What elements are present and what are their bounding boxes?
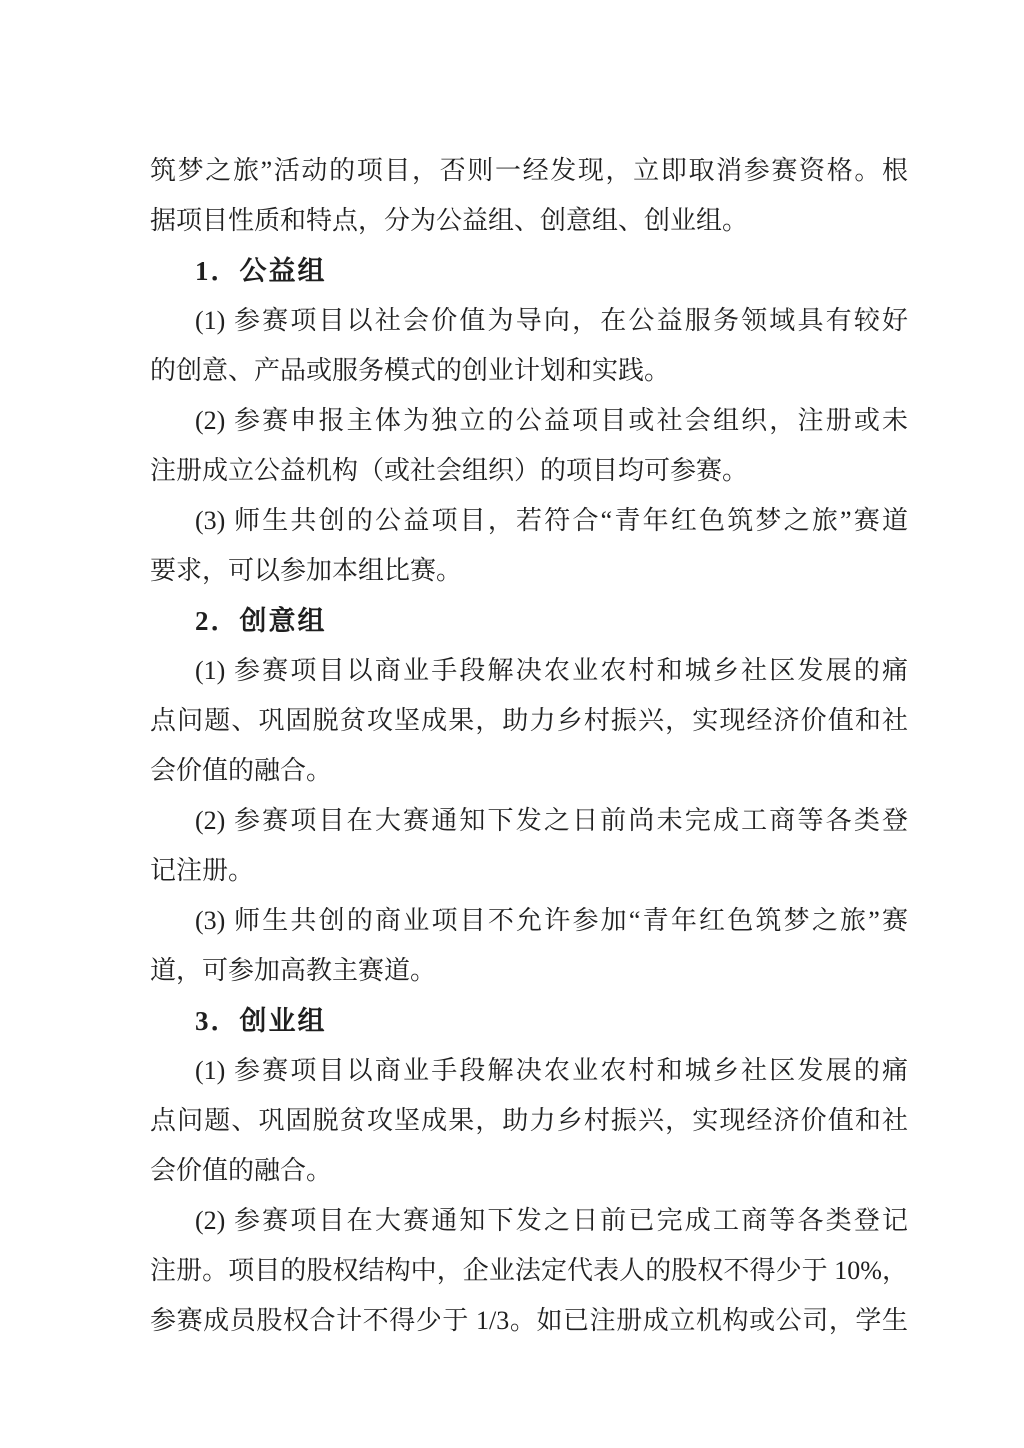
text-line: (3) 师生共创的商业项目不允许参加“青年红色筑梦之旅”赛	[150, 896, 908, 946]
text-line: 点问题、巩固脱贫攻坚成果，助力乡村振兴，实现经济价值和社	[150, 696, 908, 746]
section-heading-1: 1．公益组	[150, 246, 908, 296]
text-block: 筑梦之旅”活动的项目，否则一经发现，立即取消参赛资格。根 据项目性质和特点，分为…	[150, 146, 908, 1346]
text-line: 参赛成员股权合计不得少于 1/3。如已注册成立机构或公司，学生	[150, 1296, 908, 1346]
section-heading-2: 2．创意组	[150, 596, 908, 646]
text-line: (1) 参赛项目以商业手段解决农业农村和城乡社区发展的痛	[150, 1046, 908, 1096]
text-line: (3) 师生共创的公益项目，若符合“青年红色筑梦之旅”赛道	[150, 496, 908, 546]
document-page: 筑梦之旅”活动的项目，否则一经发现，立即取消参赛资格。根 据项目性质和特点，分为…	[0, 0, 1024, 1448]
text-line: 注册成立公益机构（或社会组织）的项目均可参赛。	[150, 446, 908, 496]
text-line: 的创意、产品或服务模式的创业计划和实践。	[150, 346, 908, 396]
text-line: (2) 参赛申报主体为独立的公益项目或社会组织，注册或未	[150, 396, 908, 446]
text-line: 注册。项目的股权结构中，企业法定代表人的股权不得少于 10%，	[150, 1246, 908, 1296]
text-line: (2) 参赛项目在大赛通知下发之日前已完成工商等各类登记	[150, 1196, 908, 1246]
text-line: 会价值的融合。	[150, 746, 908, 796]
text-line: 筑梦之旅”活动的项目，否则一经发现，立即取消参赛资格。根	[150, 146, 908, 196]
section-heading-3: 3．创业组	[150, 996, 908, 1046]
text-line: 点问题、巩固脱贫攻坚成果，助力乡村振兴，实现经济价值和社	[150, 1096, 908, 1146]
text-line: 据项目性质和特点，分为公益组、创意组、创业组。	[150, 196, 908, 246]
text-line: 道，可参加高教主赛道。	[150, 946, 908, 996]
text-line: 要求，可以参加本组比赛。	[150, 546, 908, 596]
text-line: (1) 参赛项目以社会价值为导向，在公益服务领域具有较好	[150, 296, 908, 346]
text-line: 会价值的融合。	[150, 1146, 908, 1196]
text-line: (2) 参赛项目在大赛通知下发之日前尚未完成工商等各类登	[150, 796, 908, 846]
text-line: (1) 参赛项目以商业手段解决农业农村和城乡社区发展的痛	[150, 646, 908, 696]
text-line: 记注册。	[150, 846, 908, 896]
